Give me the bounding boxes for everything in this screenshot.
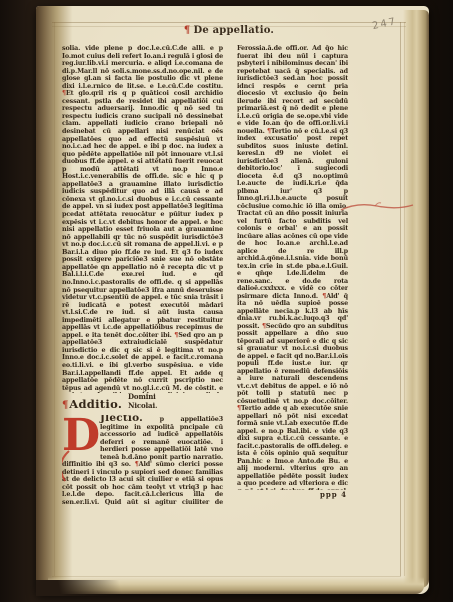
frame-rule-top (52, 22, 406, 23)
additio-attribution: Nicolai. (128, 402, 157, 410)
running-header: ¶De appellatio. (154, 25, 304, 36)
domini-label: Domini (128, 393, 223, 401)
additio-paragraph: D Jlectio. p appellatiōe3 legitime in ex… (62, 415, 223, 507)
inline-pilcrow-icon: ¶ (262, 322, 266, 330)
right-column: Ferossia.ā.de offi.or. Ad q̄o hic fuerat… (237, 45, 348, 490)
marginal-red-ink-stroke (339, 199, 415, 215)
left-column: solia. vide plene p doc.l.e.cū.C.de alli… (62, 45, 223, 507)
inline-pilcrow-icon: ¶ (135, 460, 139, 468)
page-edge-right (403, 10, 429, 588)
book-page: 247 ¶De appellatio. solia. vide plene p … (36, 6, 429, 594)
left-column-text: solia. vide plene p doc.l.e.cū.C.de alli… (62, 45, 223, 393)
frame-rule-bottom (52, 576, 401, 577)
inline-pilcrow-icon: ¶ (62, 89, 66, 97)
frame-rule-right (400, 22, 401, 576)
additio-heading-row: ¶ Additio. Nicolai. (62, 401, 223, 415)
inline-pilcrow-icon: ¶ (267, 127, 271, 135)
inline-pilcrow-icon: ¶ (322, 292, 326, 300)
additio-heading: Additio. (69, 401, 122, 409)
signature-mark: ppp 4 (320, 490, 347, 499)
running-title: De appellatio. (193, 25, 274, 36)
additio-pilcrow-icon: ¶ (62, 402, 68, 410)
initial-flourish-icon (62, 449, 72, 483)
inline-pilcrow-icon: ¶ (237, 404, 241, 412)
header-pilcrow-icon: ¶ (184, 25, 191, 36)
additio-section: Domini ¶ Additio. Nicolai. D Jlectio. p … (62, 393, 223, 507)
frame-rule-right-inner (404, 22, 405, 576)
frame-rule-left (54, 22, 55, 576)
bottom-left-shadow (36, 580, 156, 596)
right-column-text: Ferossia.ā.de offi.or. Ad q̄o hic fuerat… (237, 45, 348, 490)
inline-pilcrow-icon: ¶ (174, 331, 178, 339)
